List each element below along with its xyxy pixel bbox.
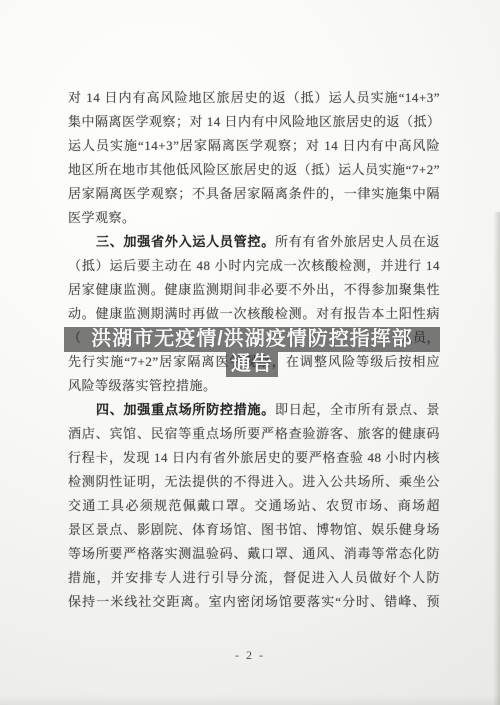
document-line: 交通工具必须规范佩戴口罩。交通场站、农贸市场、商场超市、 [68,494,440,518]
document-line: 运人员实施“14+3”居家隔离医学观察；对 14 日内有中高风险 [68,134,440,158]
document-line: 措施，并安排专人进行引导分流，督促进入人员做好个人防护， [68,566,440,590]
paper-bottom-shadow [0,695,500,705]
caption-title-line1: 洪湖市无疫情/洪湖疫情防控指挥部 [64,327,440,352]
document-line: 行程卡，发现 14 日内有省外旅居史的要严格查验 48 小时内核酸 [68,446,440,470]
caption-overlay: 洪湖市无疫情/洪湖疫情防控指挥部 通告 [64,327,440,377]
document-line: 居家隔离医学观察；不具备居家隔离条件的，一律实施集中隔离 [68,182,440,206]
document-line: 居家健康监测。健康监测期间非必要不外出，不得参加聚集性活 [68,278,440,302]
document-line: 集中隔离医学观察；对 14 日内有中风险地区旅居史的返（抵） [68,110,440,134]
document-line: 医学观察。 [68,206,440,230]
document-line: 动。健康监测期满时再做一次核酸检测。对有报告本土阳性病例 [68,302,440,326]
document-line: 三、加强省外入运人员管控。所有有省外旅居史人员在返 [68,230,440,254]
paper-edge-shadow [493,212,500,705]
document-line: 四、加强重点场所防控措施。即日起，全市所有景点、景区、 [68,398,440,422]
document-line: 检测阴性证明，无法提供的不得进入。进入公共场所、乘坐公共 [68,470,440,494]
caption-title-line2: 通告 [226,352,278,377]
document-line: 对 14 日内有高风险地区旅居史的返（抵）运人员实施“14+3” [68,86,440,110]
document-line: 风险等级落实管控措施。 [68,374,440,398]
document-line: 等场所要严格落实测温验码、戴口罩、通风、消毒等常态化防控 [68,542,440,566]
document-line: 地区所在地市其他低风险区旅居史的返（抵）运人员实施“7+2” [68,158,440,182]
document-line: 酒店、宾馆、民宿等重点场所要严格查验游客、旅客的健康码和 [68,422,440,446]
document-line: 保持一米线社交距离。室内密闭场馆要落实“分时、错峰、预约” [68,590,440,614]
page-number: - 2 - [0,648,500,663]
document-line: 景区景点、影剧院、体育场馆、图书馆、博物馆、娱乐健身场所 [68,518,440,542]
scanned-page: { "document": { "text_color": "#474747",… [0,0,500,705]
document-line: （抵）运后要主动在 48 小时内完成一次核酸检测，并进行 14 天 [68,254,440,278]
